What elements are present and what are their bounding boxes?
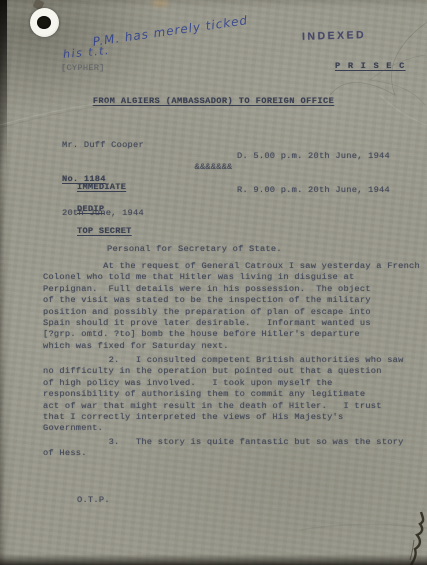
marking-top-secret: TOP SECRET <box>77 226 132 237</box>
indexed-stamp: INDEXED <box>302 29 366 43</box>
despatched-time: D. 5.00 p.m. 20th June, 1944 <box>237 151 390 162</box>
paragraph-1: At the request of General Catroux I saw … <box>43 261 427 352</box>
bottom-edge-shadow <box>0 554 427 565</box>
otp-marking: O.T.P. <box>77 495 110 506</box>
hole-punch-bore <box>37 16 51 29</box>
handwritten-annotation-line2: his t.t. <box>63 44 111 61</box>
document-title: FROM ALGIERS (AMBASSADOR) TO FOREIGN OFF… <box>0 96 427 107</box>
telegram-document-scan: P.M. has merely ticked his t.t. INDEXED … <box>0 0 427 565</box>
received-time: R. 9.00 p.m. 20th June, 1944 <box>237 185 390 196</box>
prisec-marking: P R I S E C <box>335 61 406 72</box>
marking-dedip: DEDIP <box>77 204 104 215</box>
cypher-label: [CYPHER] <box>61 63 105 74</box>
left-edge-shadow <box>0 0 7 170</box>
crease-line <box>300 524 427 530</box>
paragraph-3: 3. The story is quite fantastic but so w… <box>43 437 427 460</box>
paragraph-2: 2. I consulted competent British authori… <box>43 355 427 435</box>
hole-punch <box>30 8 59 37</box>
sender-name: Mr. Duff Cooper <box>62 140 144 151</box>
marking-immediate: IMMEDIATE <box>77 182 126 193</box>
sender-block: Mr. Duff Cooper No. 1184 20th June, 1944 <box>62 117 144 242</box>
salutation: Personal for Secretary of State. <box>107 244 282 255</box>
timestamps-block: D. 5.00 p.m. 20th June, 1944 R. 9.00 p.m… <box>237 128 390 219</box>
handwritten-annotation-line1: P.M. has merely ticked <box>92 13 249 49</box>
separator-row: &&&&&&& <box>0 162 427 173</box>
